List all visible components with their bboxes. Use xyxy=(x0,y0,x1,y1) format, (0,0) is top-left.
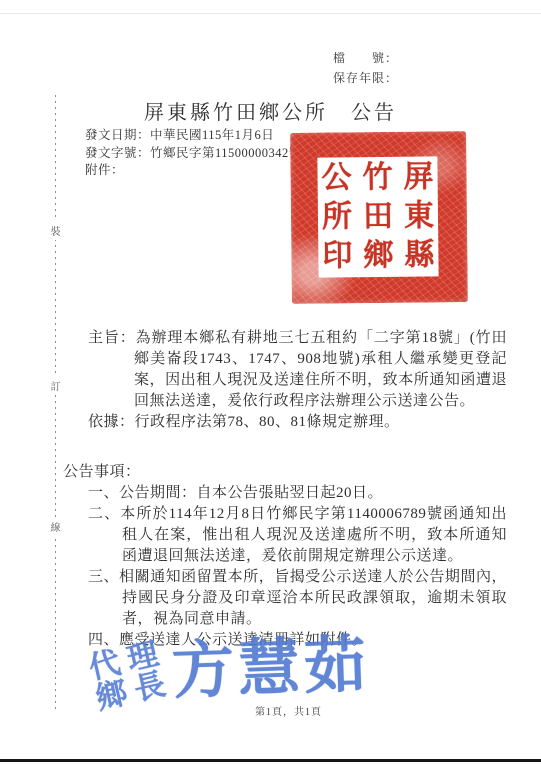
basis-paragraph: 依據：行政程序法第78、80、81條規定辦理。 xyxy=(88,412,507,433)
file-number-label: 檔 號： xyxy=(333,48,398,68)
item-number: 三、 xyxy=(88,569,119,585)
seal-char: 印 xyxy=(322,237,352,276)
seal-char: 所 xyxy=(322,198,352,237)
item-text: 本所於114年12月8日竹鄉民字第1140006789號函通知出租人在案，惟出租… xyxy=(120,506,507,564)
item-number: 二、 xyxy=(88,506,120,522)
announcement-item-1: 一、公告期間：自本公告張貼翌日起20日。 xyxy=(88,483,507,504)
binding-mark-zhuang: 裝 xyxy=(48,221,63,240)
binding-dotted-line xyxy=(55,95,56,712)
seal-column-right: 屏 東 縣 xyxy=(403,158,434,274)
announcement-item-2: 二、本所於114年12月8日竹鄉民字第1140006789號函通知出租人在案，惟… xyxy=(88,504,507,567)
seal-char: 鄉 xyxy=(363,236,393,275)
document-title: 屏東縣竹田鄉公所 公告 xyxy=(0,96,541,125)
retention-period-label: 保存年限： xyxy=(333,68,398,88)
item-text: 相關通知函留置本所，旨揭受公示送達人於公告期間內，持國民身分證及印章逕洽本所民政… xyxy=(119,569,507,627)
seal-column-left: 公 所 印 xyxy=(321,159,352,275)
seal-inner-area: 屏 東 縣 竹 田 鄉 公 所 印 xyxy=(317,156,438,277)
attachment-label: 附件： xyxy=(85,162,302,180)
subject-paragraph: 主旨：為辦理本鄉私有耕地三七五租約「二字第18號」(竹田鄉美崙段1743、174… xyxy=(88,328,507,412)
seal-char: 公 xyxy=(321,159,351,198)
seal-char: 東 xyxy=(404,197,434,236)
scan-edge-top xyxy=(0,13,541,14)
basis-text: 行政程序法第78、80、81條規定辦理。 xyxy=(135,414,400,430)
binding-mark-xian: 線 xyxy=(48,517,63,536)
acting-chief-title: 代理 鄉長 xyxy=(86,636,176,714)
binding-mark-ding: 訂 xyxy=(48,376,63,395)
scanned-announcement-page: 檔 號： 保存年限： 屏東縣竹田鄉公所 公告 發文日期：中華民國115年1月6日… xyxy=(0,0,541,767)
seal-char: 竹 xyxy=(362,158,392,197)
signature-stamp: 代理 鄉長 方慧茹 xyxy=(92,634,412,729)
issue-date: 發文日期：中華民國115年1月6日 xyxy=(85,127,302,145)
archive-block: 檔 號： 保存年限： xyxy=(333,48,398,88)
basis-label: 依據： xyxy=(88,414,135,430)
subject-label: 主旨： xyxy=(88,330,136,346)
announcement-items: 一、公告期間：自本公告張貼翌日起20日。 二、本所於114年12月8日竹鄉民字第… xyxy=(88,483,507,651)
document-number: 發文字號：竹鄉民字第11500000342號 xyxy=(85,145,302,163)
official-red-seal: 屏 東 縣 竹 田 鄉 公 所 印 xyxy=(290,131,468,304)
announcement-items-header: 公告事項： xyxy=(63,462,141,483)
seal-column-middle: 竹 田 鄉 xyxy=(362,159,393,275)
subject-text: 為辦理本鄉私有耕地三七五租約「二字第18號」(竹田鄉美崙段1743、1747、9… xyxy=(134,330,507,409)
document-meta: 發文日期：中華民國115年1月6日 發文字號：竹鄉民字第11500000342號… xyxy=(85,127,302,180)
subject-basis-block: 主旨：為辦理本鄉私有耕地三七五租約「二字第18號」(竹田鄉美崙段1743、174… xyxy=(88,328,507,433)
announcement-item-3: 三、相關通知函留置本所，旨揭受公示送達人於公告期間內，持國民身分證及印章逕洽本所… xyxy=(88,567,507,630)
item-number: 一、 xyxy=(88,485,119,501)
seal-char: 縣 xyxy=(404,236,434,275)
scan-edge-bottom xyxy=(0,759,541,762)
chief-name-stamp: 方慧茹 xyxy=(171,629,371,710)
item-text: 公告期間：自本公告張貼翌日起20日。 xyxy=(119,485,383,501)
seal-char: 田 xyxy=(363,197,393,236)
seal-char: 屏 xyxy=(403,158,433,197)
